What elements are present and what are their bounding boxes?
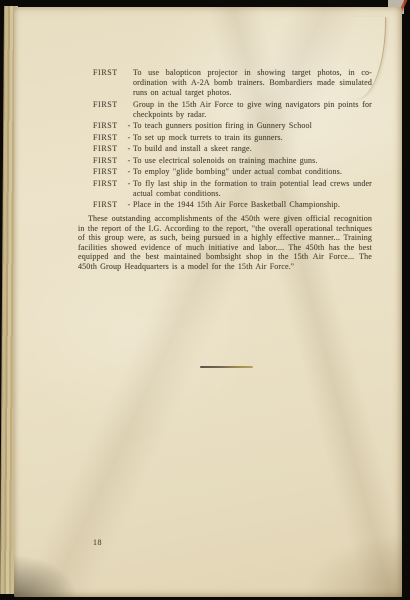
dash-separator: - <box>125 133 133 143</box>
first-label: FIRST <box>93 167 125 177</box>
first-label: FIRST <box>93 179 125 199</box>
dash-separator: - <box>125 156 133 166</box>
list-item: FIRST - To build and install a skeet ran… <box>78 144 372 154</box>
list-item: FIRST - To teach gunners position firing… <box>78 121 372 131</box>
first-label: FIRST <box>93 100 125 120</box>
first-label: FIRST <box>93 121 125 131</box>
first-label: FIRST <box>93 68 125 98</box>
page-number: 18 <box>93 538 102 547</box>
dash-separator: - <box>125 179 133 199</box>
dash-separator <box>125 68 133 98</box>
first-label: FIRST <box>93 133 125 143</box>
item-text: To set up mock turrets to train its gunn… <box>133 133 372 143</box>
first-label: FIRST <box>93 144 125 154</box>
first-label: FIRST <box>93 200 125 210</box>
dash-separator: - <box>125 167 133 177</box>
item-text: Place in the 1944 15th Air Force Basketb… <box>133 200 372 210</box>
text-block: FIRST To use balopticon projector in sho… <box>78 68 372 272</box>
divider-line <box>200 366 253 368</box>
body-paragraph: These outstanding accomplishments of the… <box>78 214 372 272</box>
list-item: FIRST Group in the 15th Air Force to giv… <box>78 100 372 120</box>
list-item: FIRST - To fly last ship in the formatio… <box>78 179 372 199</box>
list-item: FIRST - To employ "glide bombing" under … <box>78 167 372 177</box>
list-item: FIRST - To use electrical solenoids on t… <box>78 156 372 166</box>
dash-separator <box>125 100 133 120</box>
list-item: FIRST - To set up mock turrets to train … <box>78 133 372 143</box>
scanned-book-page: FIRST To use balopticon projector in sho… <box>0 0 410 600</box>
item-text: To fly last ship in the formation to tra… <box>133 179 372 199</box>
item-text: To teach gunners position firing in Gunn… <box>133 121 372 131</box>
first-label: FIRST <box>93 156 125 166</box>
list-item: FIRST To use balopticon projector in sho… <box>78 68 372 98</box>
item-text: To use balopticon projector in showing t… <box>133 68 372 98</box>
item-text: To employ "glide bombing" under actual c… <box>133 167 372 177</box>
dash-separator: - <box>125 200 133 210</box>
list-item: FIRST - Place in the 1944 15th Air Force… <box>78 200 372 210</box>
item-text: Group in the 15th Air Force to give wing… <box>133 100 372 120</box>
dash-separator: - <box>125 121 133 131</box>
dash-separator: - <box>125 144 133 154</box>
item-text: To build and install a skeet range. <box>133 144 372 154</box>
item-text: To use electrical solenoids on training … <box>133 156 372 166</box>
